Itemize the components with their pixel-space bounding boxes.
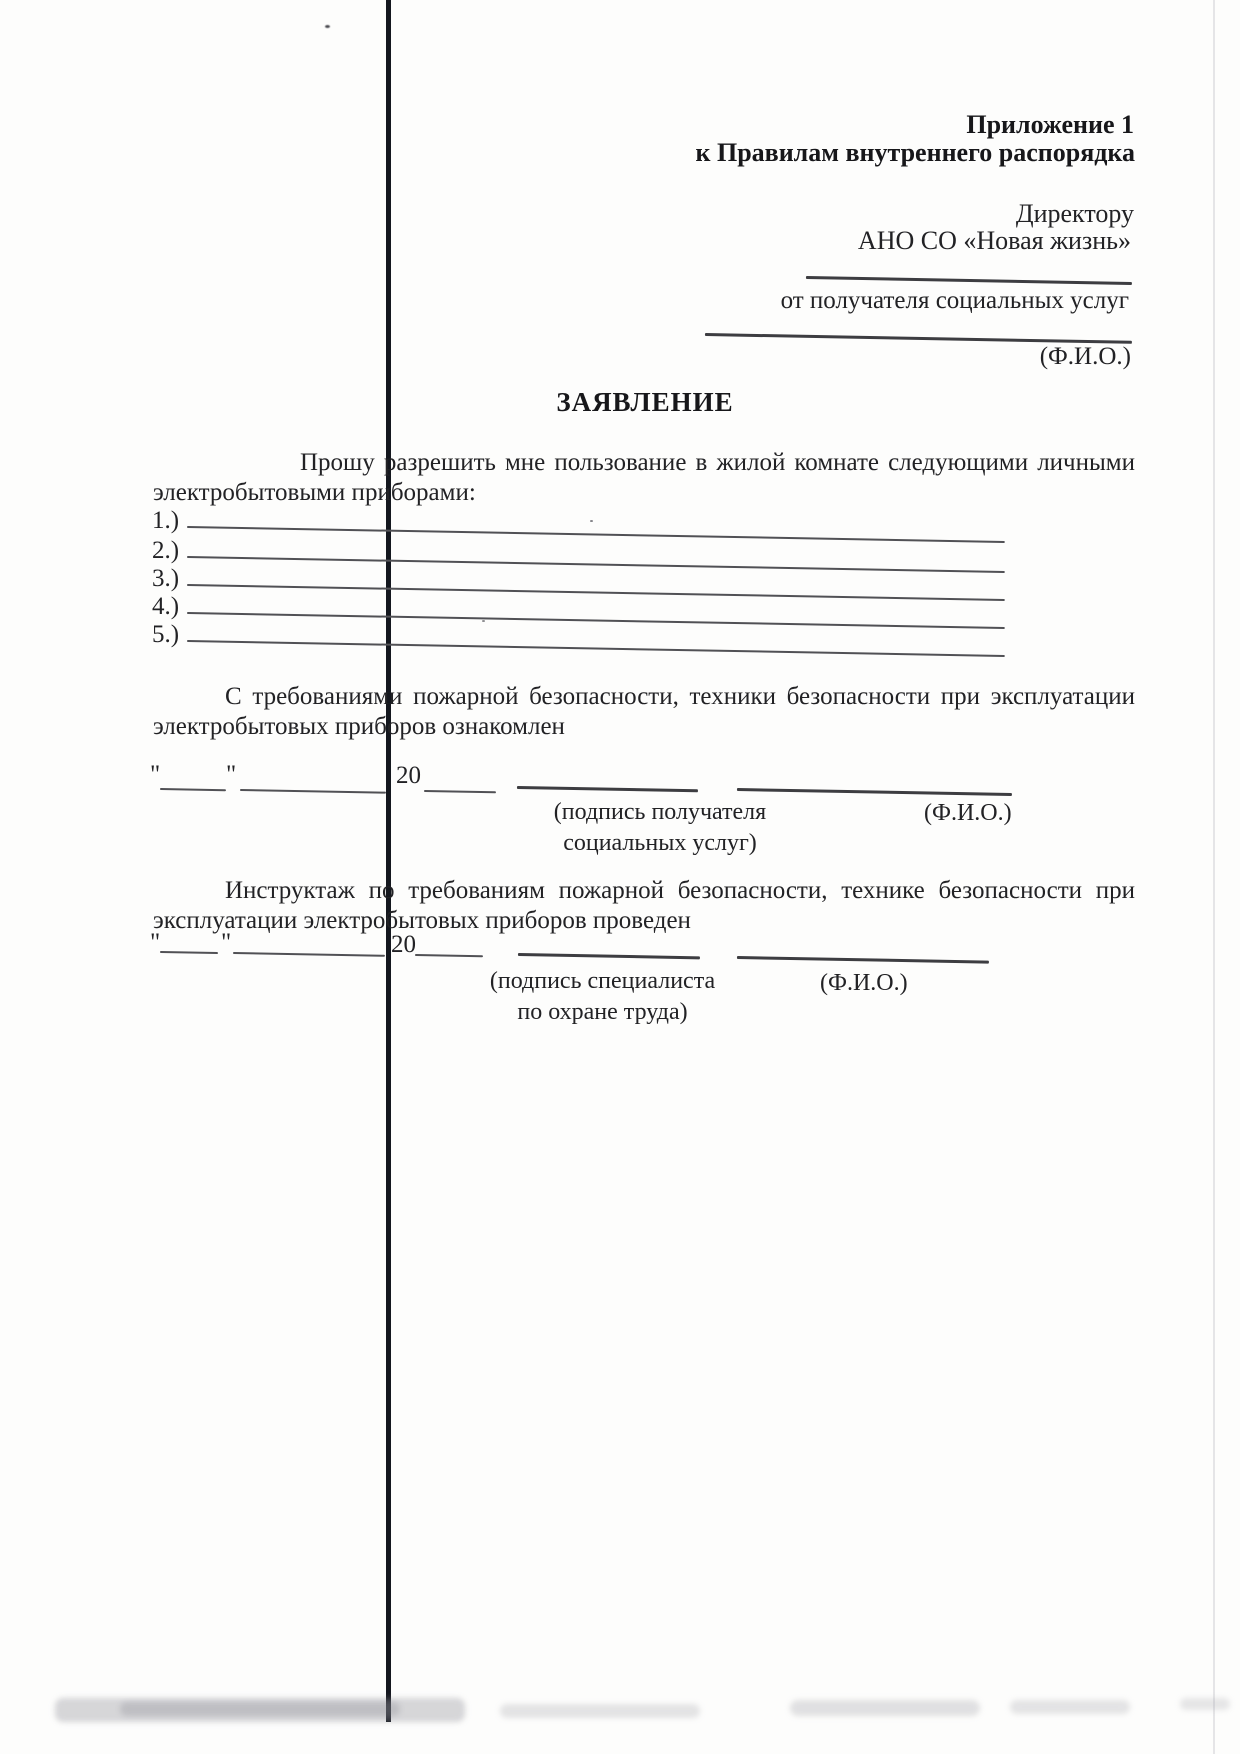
fio-blank-line [737,956,989,964]
year-blank-line [424,790,496,793]
signature-caption: (подпись получателя социальных услуг) [505,797,815,859]
item-label: 5.) [152,620,179,650]
day-blank-line [160,788,226,791]
scan-noise [790,1700,980,1716]
item-label: 1.) [152,506,179,536]
scan-noise [120,1702,400,1716]
scan-noise [1010,1700,1130,1714]
item-blank-line [187,584,1005,601]
item-blank-line [187,612,1005,629]
quote-mark: " [226,760,236,790]
signature-caption-line: по охране труда) [445,997,760,1028]
addressee-organization: АНО СО «Новая жизнь» [858,227,1131,255]
signature-caption: (подпись специалиста по охране труда) [445,966,760,1028]
applicant-name-blank-line [806,276,1132,285]
acknowledgement-paragraph: С требованиями пожарной безопасности, те… [153,682,1135,742]
fio-caption: (Ф.И.О.) [924,798,1012,829]
fio-blank-line [737,788,1012,796]
signature-caption-line: социальных услуг) [505,828,815,859]
page-edge-shadow [1213,0,1215,1754]
quote-mark: " [150,928,160,958]
scanned-application-page: Приложение 1 к Правилам внутреннего расп… [0,0,1240,1754]
signature-caption-line: (подпись специалиста [445,966,760,997]
fio-caption-header: (Ф.И.О.) [1040,342,1131,372]
signature-blank-line [518,953,700,959]
month-blank-line [240,789,386,794]
page-title: ЗАЯВЛЕНИЕ [450,387,840,418]
month-blank-line [233,952,385,957]
appendix-number: Приложение 1 [966,111,1134,139]
fio-caption: (Ф.И.О.) [820,968,908,999]
item-label: 3.) [152,564,179,594]
dust-speck [590,520,593,522]
item-blank-line [187,526,1005,543]
signature-blank-line [517,786,698,792]
scan-fold-line [386,0,391,1722]
quote-mark: " [221,928,231,958]
item-blank-line [187,640,1005,657]
year-prefix: 20 [391,930,416,960]
day-blank-line [160,951,218,954]
scan-noise [1180,1698,1230,1710]
signature-caption-line: (подпись получателя [505,797,815,828]
item-blank-line [187,556,1005,573]
item-label: 2.) [152,536,179,566]
from-line: от получателя социальных услуг [781,286,1129,316]
briefing-paragraph: Инструктаж по требованиям пожарной безоп… [153,876,1135,936]
year-blank-line [415,954,483,957]
year-prefix: 20 [396,761,421,791]
quote-mark: " [150,760,160,790]
request-paragraph: Прошу разрешить мне пользование в жилой … [153,448,1135,508]
addressee-title: Директору [1016,200,1134,228]
dust-speck [325,25,330,28]
item-label: 4.) [152,592,179,622]
scan-noise [500,1704,700,1718]
appendix-reference: к Правилам внутреннего распорядка [696,139,1136,167]
dust-speck [482,620,485,622]
